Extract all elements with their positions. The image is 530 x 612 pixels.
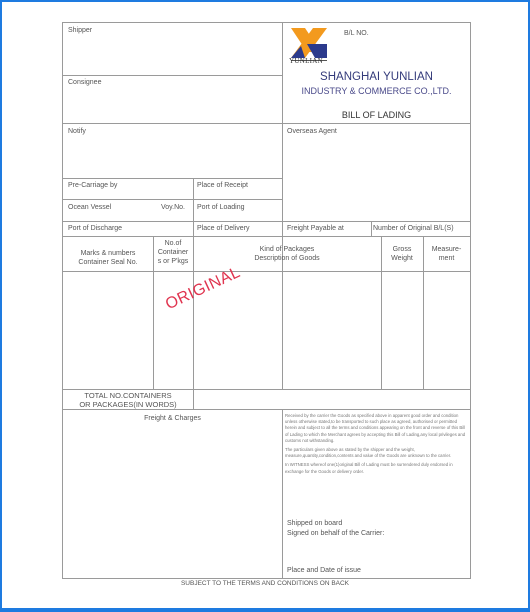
- shipper-label: Shipper: [68, 27, 92, 34]
- kind-of-packages-header: Kind of PackagesDescription of Goods: [193, 245, 381, 263]
- place-of-receipt-label: Place of Receipt: [197, 182, 248, 189]
- port-of-loading-label: Port of Loading: [197, 204, 244, 211]
- signed-on-behalf-label: Signed on behalf of the Carrier:: [287, 530, 384, 537]
- freight-payable-label: Freight Payable at: [287, 225, 344, 232]
- measurement-header: Measure-ment: [423, 245, 470, 263]
- freight-charges-label: Freight & Charges: [63, 415, 282, 422]
- terms-text: Received by the carrier the Goods as spe…: [285, 413, 467, 478]
- place-of-delivery-label: Place of Delivery: [197, 225, 250, 232]
- logo-text: YUNLIAN: [289, 57, 323, 65]
- document-title: BILL OF LADING: [283, 110, 470, 120]
- total-containers-label: TOTAL NO.CONTAINERSOR PACKAGES(IN WORDS): [63, 391, 193, 409]
- gross-weight-header: GrossWeight: [381, 245, 423, 263]
- marks-numbers-header: Marks & numbersContainer Seal No.: [63, 249, 153, 267]
- footer-terms: SUBJECT TO THE TERMS AND CONDITIONS ON B…: [0, 580, 530, 587]
- pre-carriage-label: Pre-Carriage by: [68, 182, 117, 189]
- shipped-on-board-label: Shipped on board: [287, 520, 342, 527]
- ocean-vessel-label: Ocean Vessel: [68, 204, 111, 211]
- bill-of-lading-form: Shipper Consignee Notify Pre-Carriage by…: [62, 22, 471, 579]
- bl-no-label: B/L NO.: [344, 30, 369, 37]
- overseas-agent-label: Overseas Agent: [287, 128, 337, 135]
- notify-label: Notify: [68, 128, 86, 135]
- number-of-original-label: Number of Original B/L(S): [373, 225, 454, 232]
- consignee-label: Consignee: [68, 79, 101, 86]
- company-subtitle: INDUSTRY & COMMERCE CO.,LTD.: [283, 86, 470, 96]
- no-of-containers-header: No.ofContainers or P'kgs: [153, 239, 193, 266]
- place-date-issue-label: Place and Date of issue: [287, 567, 361, 574]
- voy-no-label: Voy.No.: [161, 204, 185, 211]
- port-of-discharge-label: Port of Discharge: [68, 225, 122, 232]
- company-name: SHANGHAI YUNLIAN: [283, 71, 470, 83]
